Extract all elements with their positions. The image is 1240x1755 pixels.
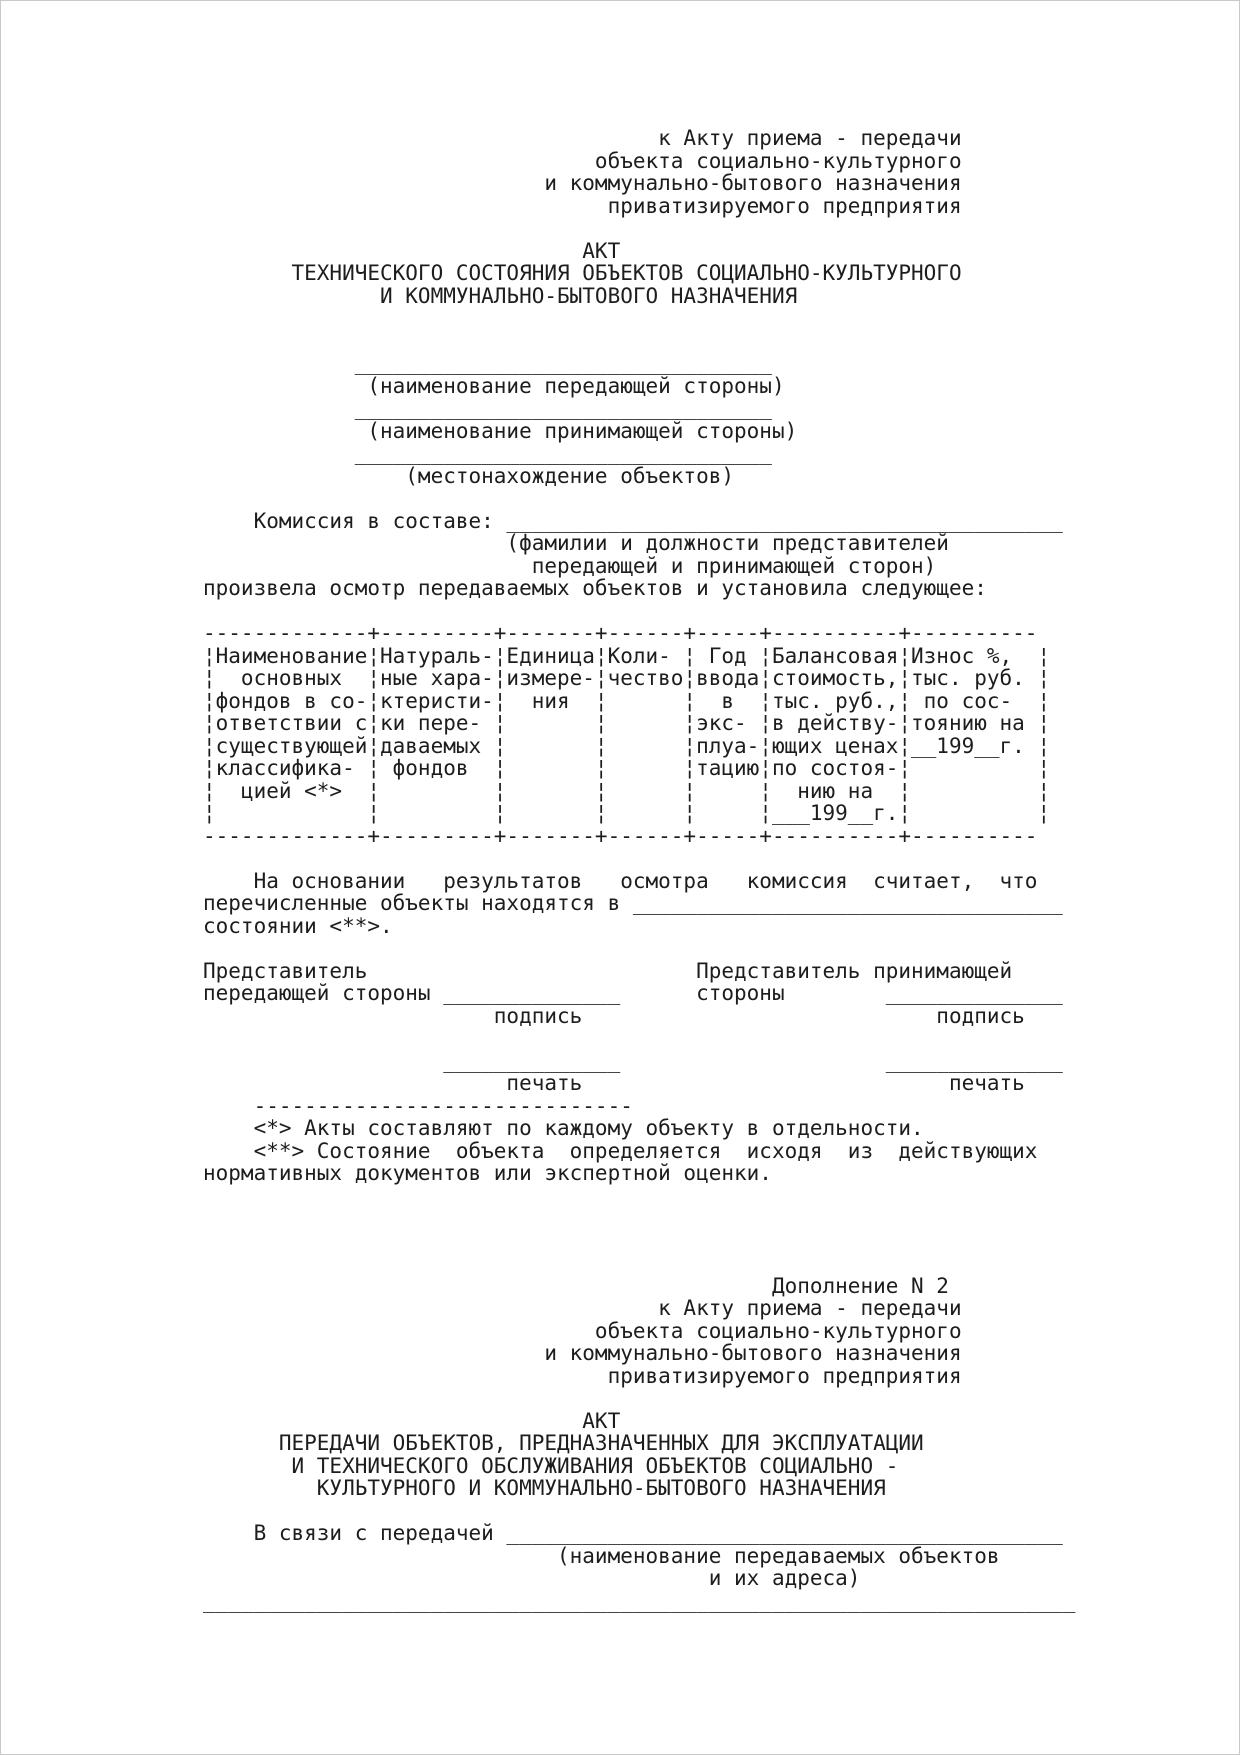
commission-block: Комиссия в составе: ____________________… <box>203 510 1239 600</box>
annex1-reference-block: к Акту приема - передачи объекта социаль… <box>203 127 1239 217</box>
act2-title: АКТ ПЕРЕДАЧИ ОБЪЕКТОВ, ПРЕДНАЗНАЧЕННЫХ Д… <box>203 1410 1239 1500</box>
conclusion-paragraph: На основании результатов осмотра комисси… <box>203 870 1239 938</box>
seal-row: ______________ ______________ печать печ… <box>203 1050 1239 1095</box>
signatures-row: Представитель Представитель принимающей … <box>203 960 1239 1028</box>
annex2-reference-block: Дополнение N 2 к Акту приема - передачи … <box>203 1275 1239 1388</box>
party-name-fields: _________________________________ (наиме… <box>203 352 1239 487</box>
bottom-fill-line: ________________________________________… <box>203 1590 1239 1613</box>
technical-state-table: -------------+---------+-------+------+-… <box>203 622 1239 847</box>
act1-title: АКТ ТЕХНИЧЕСКОГО СОСТОЯНИЯ ОБЪЕКТОВ СОЦИ… <box>203 240 1239 308</box>
document-page: к Акту приема - передачи объекта социаль… <box>0 0 1240 1755</box>
transfer-clause: В связи с передачей ____________________… <box>203 1522 1239 1590</box>
footnotes-block: ------------------------------ <*> Акты … <box>203 1095 1239 1185</box>
